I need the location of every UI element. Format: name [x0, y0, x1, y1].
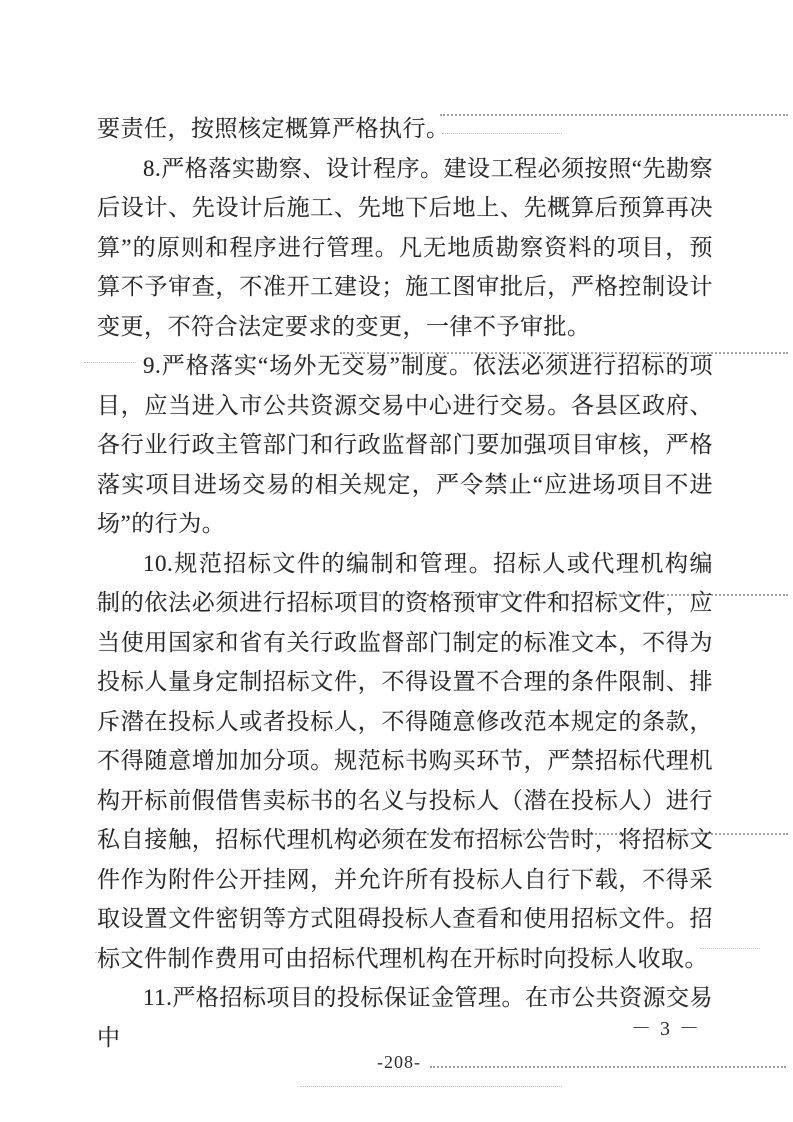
paragraph-item-8: 8.严格落实勘察、设计程序。建设工程必须按照“先勘察后设计、先设计后施工、先地下…	[97, 149, 713, 347]
scan-noise-line	[300, 1086, 562, 1087]
paragraph-item-9: 9.严格落实“场外无交易”制度。依法必须进行招标的项目，应当进入市公共资源交易中…	[97, 346, 713, 544]
scan-noise-line	[440, 114, 788, 116]
scan-noise-line	[84, 362, 136, 363]
scan-noise-line	[96, 608, 124, 609]
scan-noise-line	[344, 594, 788, 596]
scan-noise-line	[344, 833, 788, 835]
page-number-section: － 3 －	[631, 1012, 701, 1041]
scan-noise-line	[430, 1066, 786, 1068]
page-number-document: -208-	[377, 1052, 421, 1073]
scan-noise-line	[700, 948, 760, 949]
scan-noise-line	[562, 950, 610, 951]
scan-noise-line	[340, 352, 788, 354]
document-body: 要责任，按照核定概算严格执行。 8.严格落实勘察、设计程序。建设工程必须按照“先…	[97, 109, 713, 1057]
scanned-document-page: { "page": { "paragraphs": [ { "text": "要…	[0, 0, 793, 1122]
paragraph-item-10: 10.规范招标文件的编制和管理。招标人或代理机构编制的依法必须进行招标项目的资格…	[97, 544, 713, 979]
scan-noise-line	[442, 133, 562, 134]
paragraph-item-11-partial: 11.严格招标项目的投标保证金管理。在市公共资源交易中	[97, 978, 713, 1057]
scan-noise-line	[95, 952, 131, 953]
document-page: 要责任，按照核定概算严格执行。 8.严格落实勘察、设计程序。建设工程必须按照“先…	[0, 0, 793, 1122]
